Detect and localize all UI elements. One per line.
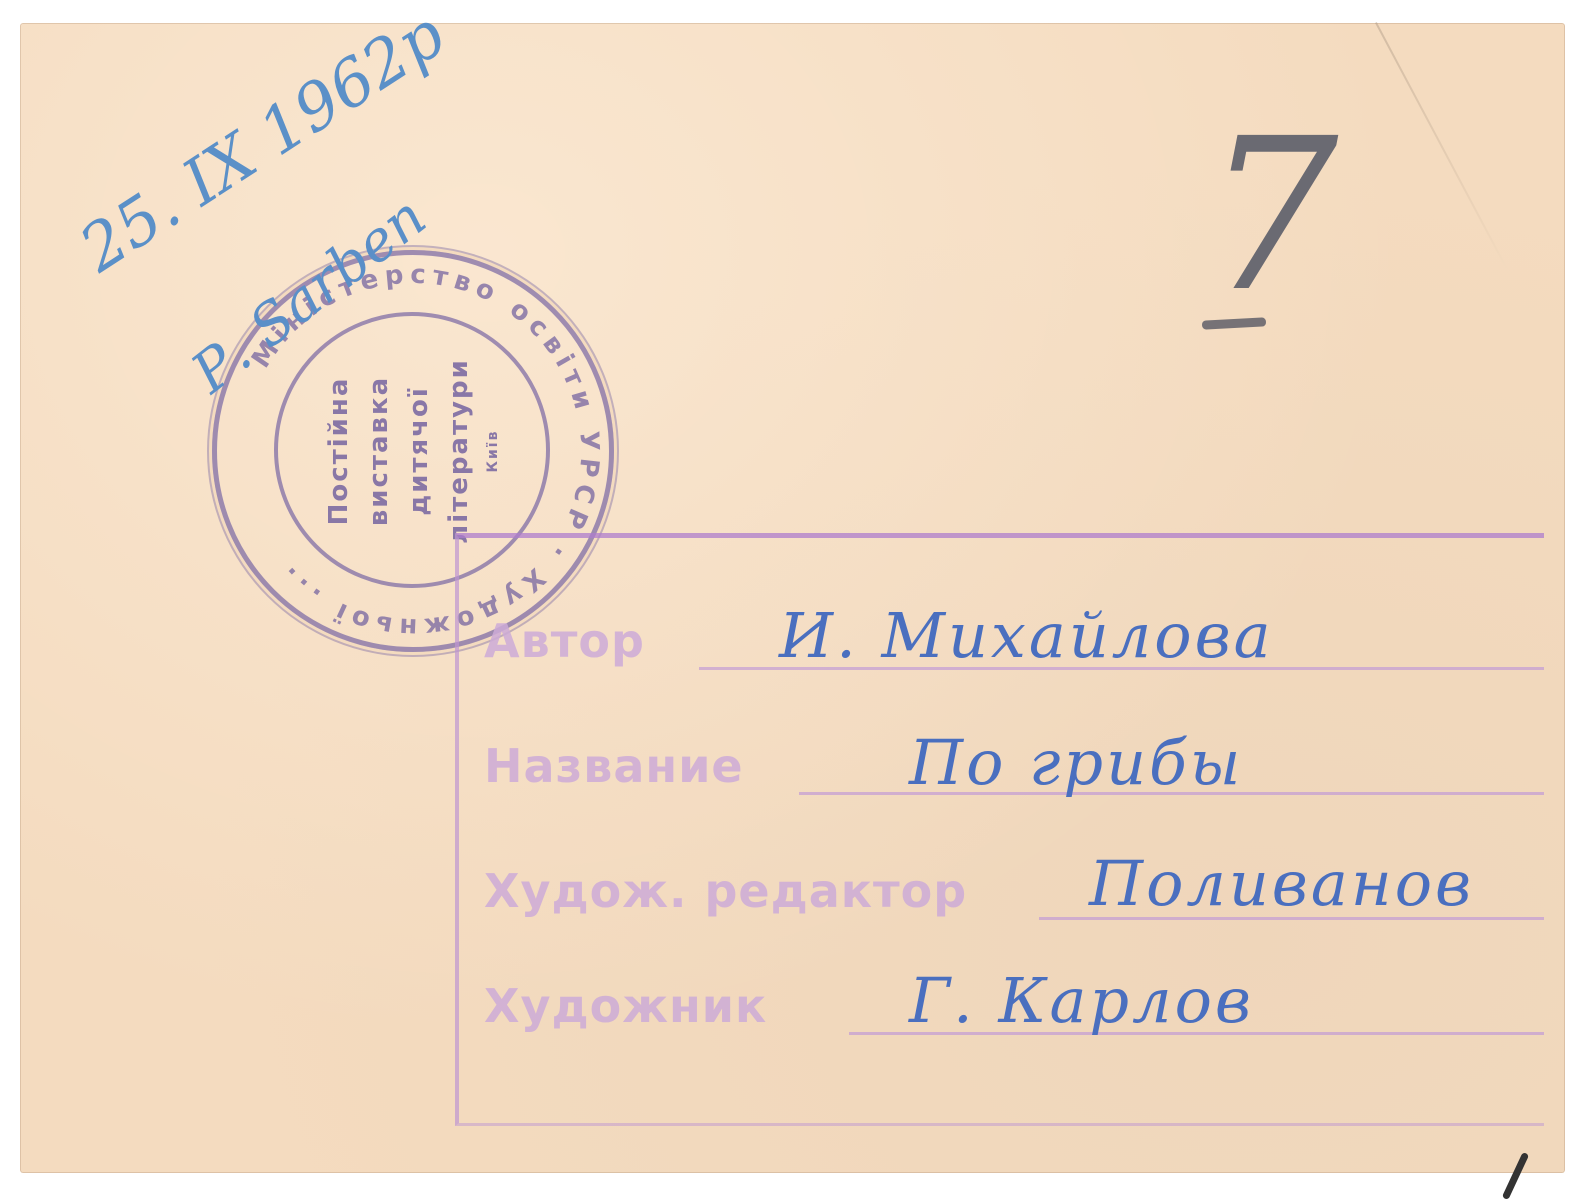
field-label: Худож. редактор [484, 864, 967, 918]
stamp-line: виставка [366, 376, 392, 526]
field-value: И. Михайлова [779, 599, 1274, 672]
form-row-artist: Художник Г. Карлов [459, 963, 1544, 1043]
field-label: Автор [484, 614, 645, 668]
ink-mark [1502, 1152, 1529, 1200]
stamp-line: дитячої [406, 386, 432, 516]
form-row-author: Автор И. Михайлова [459, 598, 1544, 678]
field-label: Название [484, 739, 744, 793]
field-value: Поливанов [1089, 847, 1474, 920]
field-label: Художник [484, 979, 767, 1033]
form-row-art-editor: Худож. редактор Поливанов [459, 848, 1544, 928]
document-card: 7 Міністерство освіти УРСР · Художньої .… [20, 23, 1565, 1173]
field-value: Г. Карлов [909, 964, 1254, 1037]
field-value: По грибы [909, 726, 1243, 799]
form-stamp-box: Автор И. Михайлова Название По грибы Худ… [455, 533, 1544, 1126]
stamp-line: Постійна [326, 377, 352, 526]
stamp-line: Київ [486, 430, 500, 473]
paper-crease [1375, 22, 1508, 270]
form-row-title: Название По грибы [459, 723, 1544, 803]
stamp-center-text: Постійна виставка дитячої літератури Киї… [326, 358, 500, 544]
stamp-line: літератури [446, 358, 472, 544]
corner-number: 7 [1205, 111, 1339, 321]
